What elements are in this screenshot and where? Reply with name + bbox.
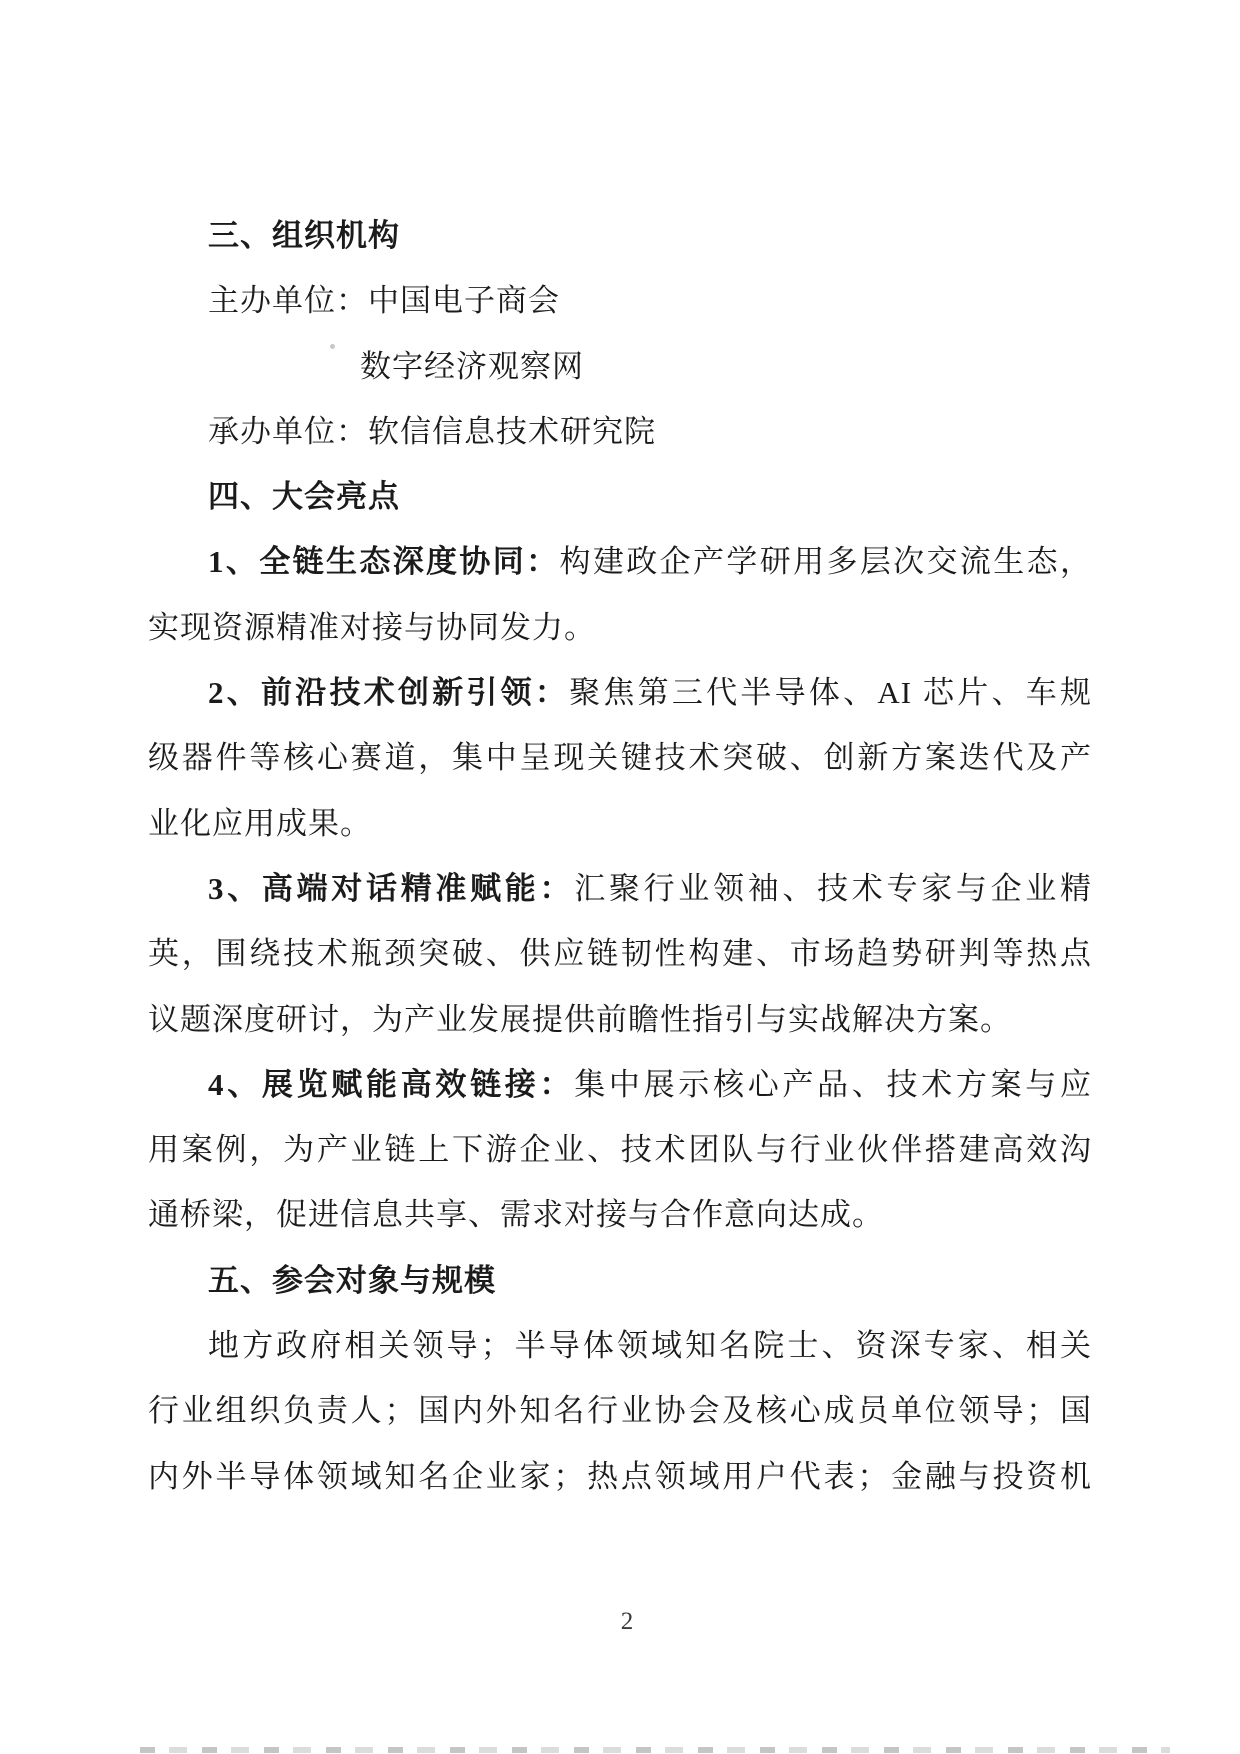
text-segment: 数字经济观察网: [360, 349, 584, 384]
text-segment: 聚焦第三代半导体、AI 芯片、车规: [569, 675, 1092, 710]
text-segment: 内外半导体领域知名企业家；热点领域用户代表；金融与投资机: [148, 1459, 1092, 1494]
text-segment: 构建政企产学研用多层次交流生态，: [560, 544, 1092, 579]
text-segment: 业化应用成果。: [148, 806, 372, 841]
text-segment: 用案例，为产业链上下游企业、技术团队与行业伙伴搭建高效沟: [148, 1132, 1092, 1167]
text-segment: 地方政府相关领导；半导体领域知名院士、资深专家、相关: [208, 1328, 1092, 1363]
scan-speck: [330, 344, 335, 349]
text-line: 3、高端对话精准赋能：汇聚行业领袖、技术专家与企业精: [148, 856, 1092, 921]
heading-segment: 2、前沿技术创新引领：: [208, 675, 569, 710]
text-segment: 议题深度研讨，为产业发展提供前瞻性指引与实战解决方案。: [148, 1002, 1012, 1037]
heading-segment: 3、高端对话精准赋能：: [208, 871, 574, 906]
text-line: 数字经济观察网: [148, 334, 1092, 399]
text-line: 议题深度研讨，为产业发展提供前瞻性指引与实战解决方案。: [148, 987, 1092, 1052]
text-line: 英，围绕技术瓶颈突破、供应链韧性构建、市场趋势研判等热点: [148, 921, 1092, 986]
scanned-document-page: 三、组织机构主办单位：中国电子商会数字经济观察网承办单位：软信信息技术研究院四、…: [0, 0, 1240, 1754]
text-segment: 集中展示核心产品、技术方案与应: [574, 1067, 1092, 1102]
text-line: 2、前沿技术创新引领：聚焦第三代半导体、AI 芯片、车规: [148, 660, 1092, 725]
document-body: 三、组织机构主办单位：中国电子商会数字经济观察网承办单位：软信信息技术研究院四、…: [148, 203, 1092, 1509]
text-segment: 承办单位：软信信息技术研究院: [208, 414, 656, 449]
text-line: 业化应用成果。: [148, 791, 1092, 856]
scan-edge-artifact: [140, 1747, 1170, 1753]
text-line: 承办单位：软信信息技术研究院: [148, 399, 1092, 464]
page-number: 2: [0, 1608, 1240, 1636]
text-segment: 级器件等核心赛道，集中呈现关键技术突破、创新方案迭代及产: [148, 740, 1092, 775]
text-line: 行业组织负责人；国内外知名行业协会及核心成员单位领导；国: [148, 1378, 1092, 1443]
text-line: 1、全链生态深度协同：构建政企产学研用多层次交流生态，: [148, 529, 1092, 594]
heading-segment: 三、组织机构: [208, 218, 400, 253]
text-segment: 汇聚行业领袖、技术专家与企业精: [574, 871, 1092, 906]
text-segment: 通桥梁，促进信息共享、需求对接与合作意向达成。: [148, 1197, 884, 1232]
heading-segment: 1、全链生态深度协同：: [208, 544, 560, 579]
heading-segment: 四、大会亮点: [208, 479, 400, 514]
text-line: 四、大会亮点: [148, 464, 1092, 529]
heading-segment: 五、参会对象与规模: [208, 1263, 496, 1298]
text-line: 三、组织机构: [148, 203, 1092, 268]
text-line: 主办单位：中国电子商会: [148, 268, 1092, 333]
text-line: 实现资源精准对接与协同发力。: [148, 595, 1092, 660]
text-segment: 英，围绕技术瓶颈突破、供应链韧性构建、市场趋势研判等热点: [148, 936, 1092, 971]
text-segment: 行业组织负责人；国内外知名行业协会及核心成员单位领导；国: [148, 1393, 1092, 1428]
text-line: 4、展览赋能高效链接：集中展示核心产品、技术方案与应: [148, 1052, 1092, 1117]
text-segment: 实现资源精准对接与协同发力。: [148, 610, 596, 645]
text-line: 五、参会对象与规模: [148, 1248, 1092, 1313]
text-line: 用案例，为产业链上下游企业、技术团队与行业伙伴搭建高效沟: [148, 1117, 1092, 1182]
text-segment: 主办单位：中国电子商会: [208, 283, 560, 318]
heading-segment: 4、展览赋能高效链接：: [208, 1067, 574, 1102]
text-line: 级器件等核心赛道，集中呈现关键技术突破、创新方案迭代及产: [148, 725, 1092, 790]
text-line: 内外半导体领域知名企业家；热点领域用户代表；金融与投资机: [148, 1444, 1092, 1509]
text-line: 通桥梁，促进信息共享、需求对接与合作意向达成。: [148, 1182, 1092, 1247]
text-line: 地方政府相关领导；半导体领域知名院士、资深专家、相关: [148, 1313, 1092, 1378]
